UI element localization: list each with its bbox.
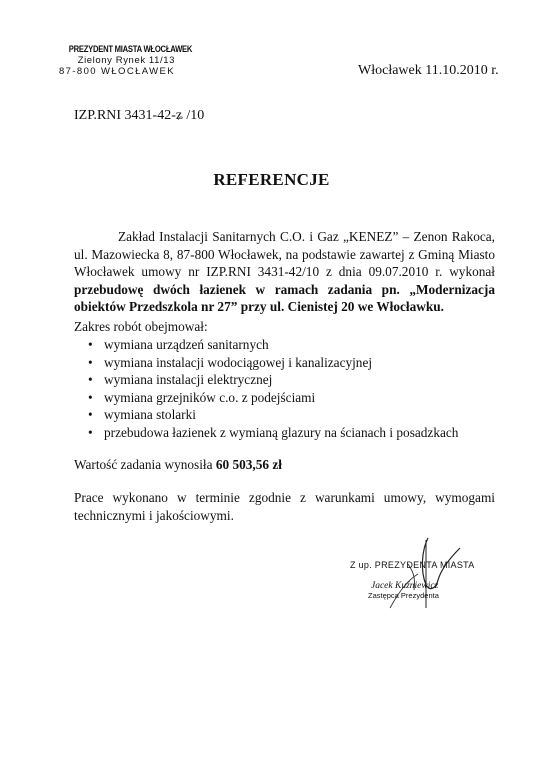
letterhead-stamp: PREZYDENT MIASTA WŁOCŁAWEK Zielony Rynek… — [50, 44, 175, 77]
letterhead-title: PREZYDENT MIASTA WŁOCŁAWEK — [69, 44, 175, 55]
signature-on-behalf: Z up. PREZYDENTA MIASTA — [350, 560, 475, 570]
letter-date: Włocławek 11.10.2010 r. — [358, 63, 499, 79]
signature-block: Z up. PREZYDENTA MIASTA Jacek Kuźniewicz… — [330, 530, 500, 610]
body-intro: Zakład Instalacji Sanitarnych C.O. i Gaz… — [74, 229, 495, 279]
letterhead-city: 87-800 WŁOCŁAWEK — [50, 66, 175, 77]
list-item: wymiana stolarki — [74, 406, 458, 424]
list-item: wymiana grzejników c.o. z podejściami — [74, 389, 458, 407]
signatory-name: Jacek Kuźniewicz — [371, 581, 438, 591]
signatory-role: Zastępca Prezydenta — [368, 591, 439, 600]
reference-number: IZP.RNI 3431-42-ʑ /10 — [74, 108, 204, 124]
scope-heading: Zakres robót obejmował: — [74, 319, 208, 335]
task-value: Wartość zadania wynosiła 60 503,56 zł — [74, 457, 282, 473]
list-item: wymiana instalacji elektrycznej — [74, 371, 458, 389]
closing-paragraph: Prace wykonano w terminie zgodnie z waru… — [74, 489, 495, 524]
list-item: wymiana instalacji wodociągowej i kanali… — [74, 354, 458, 372]
scope-list: wymiana urządzeń sanitarnych wymiana ins… — [74, 336, 458, 441]
list-item: przebudowa łazienek z wymianą glazury na… — [74, 424, 458, 442]
list-item: wymiana urządzeń sanitarnych — [74, 336, 458, 354]
task-value-label: Wartość zadania wynosiła — [74, 457, 216, 472]
body-paragraph: Zakład Instalacji Sanitarnych C.O. i Gaz… — [74, 228, 495, 316]
task-value-amount: 60 503,56 zł — [216, 457, 282, 472]
body-intro-bold: przebudowę dwóch łazienek w ramach zadan… — [74, 282, 495, 315]
document-title: REFERENCJE — [0, 170, 543, 190]
letterhead-address: Zielony Rynek 11/13 — [50, 55, 175, 66]
